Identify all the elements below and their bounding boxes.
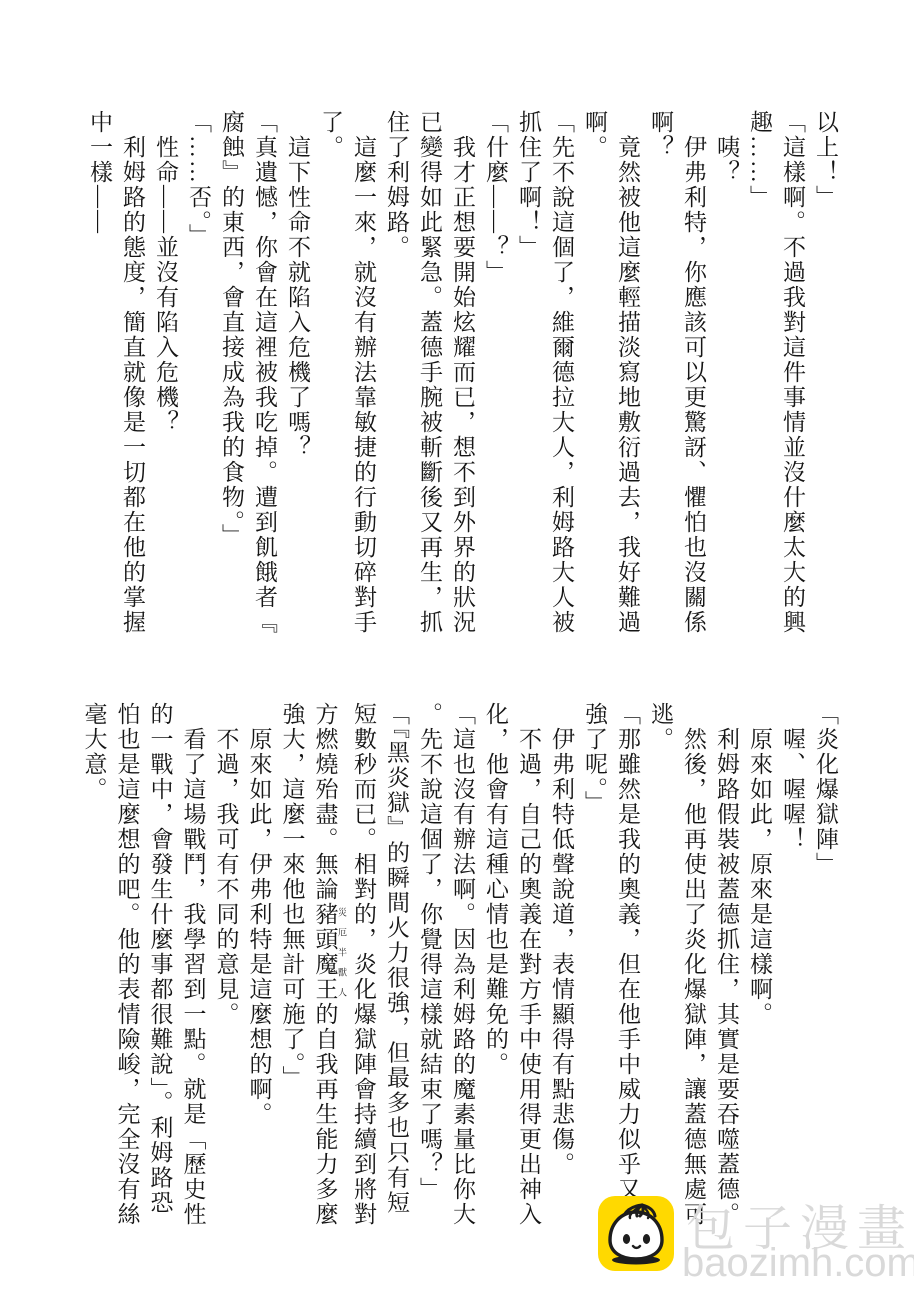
text-column: 啊？ [644, 110, 677, 650]
text-column: 「真遺憾，你會在這裡被我吃掉。遭到飢餓者『 [248, 110, 281, 650]
text-column: 住了利姆路。 [380, 110, 413, 650]
text-column: 「……否。」 [182, 110, 215, 650]
text-column: 已變得如此緊急。蓋德手腕被斬斷後又再生，抓 [413, 110, 446, 650]
text-column: 中一樣—— [83, 110, 116, 650]
text-column: 抓住了啊！」 [512, 110, 545, 650]
text-column: 逃。 [644, 702, 677, 1247]
text-column: 「『黑炎獄』的瞬間火力很強，但最多也只有短 [380, 702, 413, 1247]
text-column: 「先不說這個了，維爾德拉大人，利姆路大人被 [545, 110, 578, 650]
text-column: 「什麼——？」 [479, 110, 512, 650]
text-column: 。先不說這個了，你覺得這樣就結束了嗎？」 [413, 702, 446, 1247]
text-column: 我才正想要開始炫耀而已，想不到外界的狀況 [446, 110, 479, 650]
text-column: 強了呢。」 [578, 702, 611, 1247]
text-column: 短數秒而已。相對的，炎化爆獄陣會持續到將對 [347, 702, 380, 1247]
text-column: 利姆路的態度，簡直就像是一切都在他的掌握 [116, 110, 149, 650]
text-column: 怕也是這麼想的吧。他的表情險峻，完全沒有絲 [111, 702, 144, 1247]
watermark: 包子漫畫 baozimh.com [598, 1194, 914, 1280]
text-column: 趣……」 [743, 110, 776, 650]
text-column: 這下性命不就陷入危機了嗎？ [281, 110, 314, 650]
text-column: 「這也沒有辦法啊。因為利姆路的魔素量比你大 [446, 702, 479, 1247]
text-column: 「這樣啊。不過我對這件事情並沒什麼太大的興 [776, 110, 809, 650]
text-column: 然後，他再使出了炎化爆獄陣，讓蓋德無處可 [677, 702, 710, 1247]
text-column: 不過，我可有不同的意見。 [210, 702, 243, 1247]
text-column: 看了這場戰鬥，我學習到一點。就是「歷史性 [177, 702, 210, 1247]
text-column: 原來如此，原來是這樣啊。 [743, 702, 776, 1247]
text-column: 了。 [314, 110, 347, 650]
text-column: 化，他會有這種心情也是難免的。 [479, 702, 512, 1247]
text-column: 竟然被他這麼輕描淡寫地敷衍過去，我好難過 [611, 110, 644, 650]
text-column: 不過，自己的奧義在對方手中使用得更出神入 [512, 702, 545, 1247]
top-text-block: 以上！」「這樣啊。不過我對這件事情並沒什麼太大的興趣……」 咦？ 伊弗利特，你應… [80, 110, 842, 650]
text-column: 方燃燒殆盡。無論豬頭魔王災厄半獸人的自我再生能力多麼 [309, 702, 348, 1247]
text-column: 的一戰中，會發生什麼事都很難說」。利姆路恐 [144, 702, 177, 1247]
text-column: 利姆路假裝被蓋德抓住，其實是要吞噬蓋德。 [710, 702, 743, 1247]
text-column: 性命——並沒有陷入危機？ [149, 110, 182, 650]
text-column: 以上！」 [809, 110, 842, 650]
ruby-annotation: 豬頭魔王災厄半獸人 [313, 902, 338, 1002]
text-column: 喔、喔喔！ [776, 702, 809, 1247]
novel-page: 以上！」「這樣啊。不過我對這件事情並沒什麼太大的興趣……」 咦？ 伊弗利特，你應… [0, 0, 914, 1300]
text-column: 咦？ [710, 110, 743, 650]
text-column: 腐蝕』的東西，會直接成為我的食物。」 [215, 110, 248, 650]
text-column: 毫大意。 [78, 702, 111, 1247]
text-column: 伊弗利特低聲說道，表情顯得有點悲傷。 [545, 702, 578, 1247]
text-column: 原來如此，伊弗利特是這麼想的啊。 [243, 702, 276, 1247]
text-column: 「炎化爆獄陣」 [809, 702, 842, 1247]
watermark-site-url: baozimh.com [682, 1241, 914, 1286]
bottom-text-block: 「炎化爆獄陣」 喔、喔喔！ 原來如此，原來是這樣啊。 利姆路假裝被蓋德抓住，其實… [80, 702, 842, 1247]
text-column: 強大，這麼一來他也無計可施了。」 [276, 702, 309, 1247]
text-column: 伊弗利特，你應該可以更驚訝、懼怕也沒關係 [677, 110, 710, 650]
text-column: 啊。 [578, 110, 611, 650]
text-column: 「那雖然是我的奧義，但在他手中威力似乎又變 [611, 702, 644, 1247]
text-column: 這麼一來，就沒有辦法靠敏捷的行動切碎對手 [347, 110, 380, 650]
baozi-bun-icon [598, 1196, 674, 1271]
